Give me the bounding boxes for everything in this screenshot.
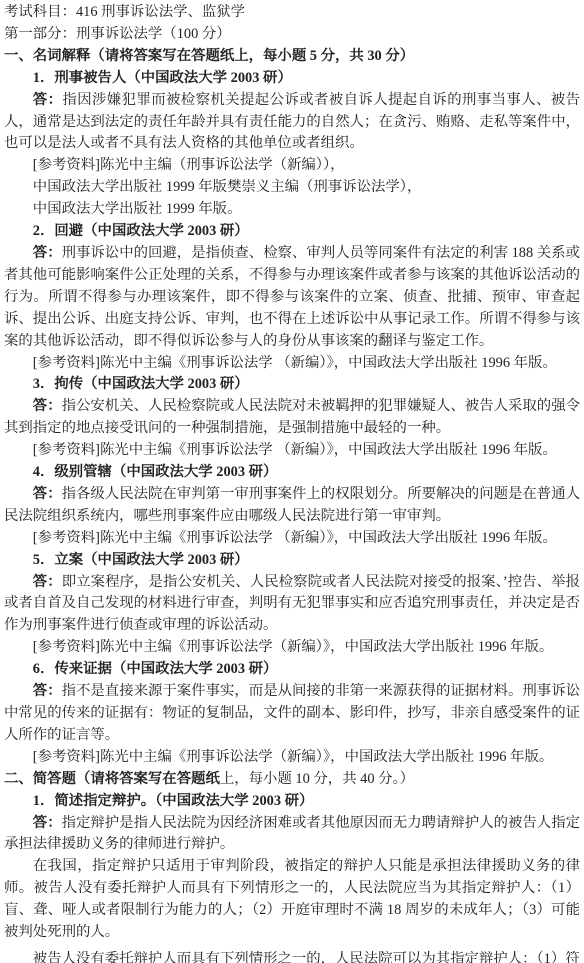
block-text: 指定辩护是指人民法院为因经济困难或者其他原因而无力聘请辩护人的被告人指定承担法律…	[4, 815, 580, 853]
answer-1-2: 答：刑事诉讼中的回避，是指侦查、检察、审判人员等同案件有法定的利害 188 关系…	[4, 243, 580, 353]
block-text: 4．级别管辖（中国政法大学 2003 研）	[33, 464, 278, 480]
answer-2-1-paragraph: 在我国，指定辩护只适用于审判阶段，被指定的辩护人只能是承担法律援助义务的律师。被…	[4, 856, 580, 944]
reference-line: [参考资料]陈光中主编《刑事诉讼法学 （新编）》，中国政法大学出版社 1996 …	[4, 528, 580, 550]
block-text: 3．拘传（中国政法大学 2003 研）	[33, 376, 249, 392]
section-heading-short-answer: 二、简答题（请将答案写在答题纸上，每小题 10 分，共 40 分。）	[4, 769, 580, 791]
block-text: [参考资料]陈光中主编《刑事诉讼法学 （新编）》，中国政法大学出版社 1996 …	[33, 530, 557, 546]
bold-prefix: 答：	[33, 398, 62, 414]
question-2-1-title: 1．简述指定辩护。（中国政法大学 2003 研）	[4, 791, 580, 813]
question-1-5-title: 5．立案（中国政法大学 2003 研）	[4, 550, 580, 572]
bold-prefix: 二、简答题（请将答案写在答题纸	[4, 771, 220, 787]
block-text: [参考资料]陈光中主编（刑事诉讼法学（新编）），	[33, 157, 345, 173]
document-page: 考试科目：416 刑事诉讼法学、监狱学 第一部分：刑事诉讼法学（100 分） 一…	[0, 0, 584, 963]
block-text: 上，每小题 10 分，共 40 分。）	[220, 771, 414, 787]
block-text: [参考资料]陈光中主编《刑事诉讼法学 （新编）》，中国政法大学出版社 1996 …	[33, 442, 557, 458]
question-1-4-title: 4．级别管辖（中国政法大学 2003 研）	[4, 462, 580, 484]
reference-line: 中国政法大学出版社 1999 年版。	[4, 199, 580, 221]
reference-line: [参考资料]陈光中主编《刑事诉讼法学（新编）》，中国政法大学出版社 1996 年…	[4, 747, 580, 769]
answer-1-4: 答：指各级人民法院在审判第一审刑事案件上的权限划分。所要解决的问题是在普通人民法…	[4, 484, 580, 528]
bold-prefix: 答：	[33, 92, 63, 108]
reference-line: 中国政法大学出版社 1999 年版樊崇义主编（刑事诉讼法学），	[4, 177, 580, 199]
block-text: 2．回避（中国政法大学 2003 研）	[33, 223, 249, 239]
block-text: 6．传来证据（中国政法大学 2003 研）	[33, 661, 278, 677]
bold-prefix: 答：	[33, 486, 62, 502]
document-body: 一、名词解释（请将答案写在答题纸上，每小题 5 分，共 30 分）1．刑事被告人…	[4, 46, 580, 963]
block-text: 中国政法大学出版社 1999 年版。	[33, 201, 242, 217]
block-text: 指不是直接来源于案件事实，而是从间接的非第一来源获得的证据材料。刑事诉讼中常见的…	[4, 683, 580, 743]
block-text: [参考资料]陈光中主编《刑事诉讼法学（新编）》，中国政法大学出版社 1996 年…	[33, 749, 553, 765]
bold-prefix: 答：	[33, 815, 62, 831]
bold-prefix: 答：	[33, 245, 62, 261]
reference-line: [参考资料]陈光中主编《刑事诉讼法学 （新编）》，中国政法大学出版社 1996 …	[4, 353, 580, 375]
bold-prefix: 答：	[33, 574, 62, 590]
block-text: 指因涉嫌犯罪而被检察机关提起公诉或者被自诉人提起自诉的刑事当事人、被告人，通常是…	[4, 92, 580, 152]
block-text: 在我国，指定辩护只适用于审判阶段，被指定的辩护人只能是承担法律援助义务的律师。被…	[4, 858, 580, 940]
bold-prefix: 答：	[33, 683, 62, 699]
block-text: 被告人没有委托辩护人而具有下列情形之一的，人民法院可以为其指定辩护人：（1）符	[33, 951, 580, 963]
reference-line: [参考资料]陈光中主编《刑事诉讼法学 （新编）》，中国政法大学出版社 1996 …	[4, 440, 580, 462]
block-text: 一、名词解释（请将答案写在答题纸上，每小题 5 分，共 30 分）	[4, 48, 414, 64]
answer-1-6: 答：指不是直接来源于案件事实，而是从间接的非第一来源获得的证据材料。刑事诉讼中常…	[4, 681, 580, 747]
answer-1-1: 答：指因涉嫌犯罪而被检察机关提起公诉或者被自诉人提起自诉的刑事当事人、被告人，通…	[4, 90, 580, 156]
block-text: [参考资料]陈光中主编《刑事诉讼法学（新编）》，中国政法大学出版社 1996 年…	[33, 639, 553, 655]
part-title-line: 第一部分：刑事诉讼法学（100 分）	[4, 24, 580, 46]
question-1-1-title: 1．刑事被告人（中国政法大学 2003 研）	[4, 68, 580, 90]
section-heading-term-explanation: 一、名词解释（请将答案写在答题纸上，每小题 5 分，共 30 分）	[4, 46, 580, 68]
answer-1-3: 答：指公安机关、人民检察院或人民法院对未被羁押的犯罪嫌疑人、被告人采取的强令其到…	[4, 396, 580, 440]
block-text: 中国政法大学出版社 1999 年版樊崇义主编（刑事诉讼法学），	[33, 179, 422, 195]
block-text: 1．刑事被告人（中国政法大学 2003 研）	[33, 70, 292, 86]
block-text: [参考资料]陈光中主编《刑事诉讼法学 （新编）》，中国政法大学出版社 1996 …	[33, 355, 557, 371]
question-1-3-title: 3．拘传（中国政法大学 2003 研）	[4, 374, 580, 396]
block-text: 5．立案（中国政法大学 2003 研）	[33, 552, 249, 568]
question-1-2-title: 2．回避（中国政法大学 2003 研）	[4, 221, 580, 243]
question-1-6-title: 6．传来证据（中国政法大学 2003 研）	[4, 659, 580, 681]
exam-subject-line: 考试科目：416 刑事诉讼法学、监狱学	[4, 2, 580, 24]
answer-1-5: 答：即立案程序，是指公安机关、人民检察院或者人民法院对接受的报案、’控告、举报或…	[4, 572, 580, 638]
reference-line: [参考资料]陈光中主编（刑事诉讼法学（新编）），	[4, 155, 580, 177]
answer-2-1-paragraph: 被告人没有委托辩护人而具有下列情形之一的，人民法院可以为其指定辩护人：（1）符	[4, 949, 580, 963]
block-text: 指各级人民法院在审判第一审刑事案件上的权限划分。所要解决的问题是在普通人民法院组…	[4, 486, 580, 524]
answer-2-1: 答：指定辩护是指人民法院为因经济困难或者其他原因而无力聘请辩护人的被告人指定承担…	[4, 813, 580, 857]
block-text: 即立案程序，是指公安机关、人民检察院或者人民法院对接受的报案、’控告、举报或者自…	[4, 574, 580, 634]
block-text: 刑事诉讼中的回避，是指侦查、检察、审判人员等同案件有法定的利害 188 关系或者…	[4, 245, 580, 349]
reference-line: [参考资料]陈光中主编《刑事诉讼法学（新编）》，中国政法大学出版社 1996 年…	[4, 637, 580, 659]
block-text: 指公安机关、人民检察院或人民法院对未被羁押的犯罪嫌疑人、被告人采取的强令其到指定…	[4, 398, 580, 436]
block-text: 1．简述指定辩护。（中国政法大学 2003 研）	[33, 793, 314, 809]
